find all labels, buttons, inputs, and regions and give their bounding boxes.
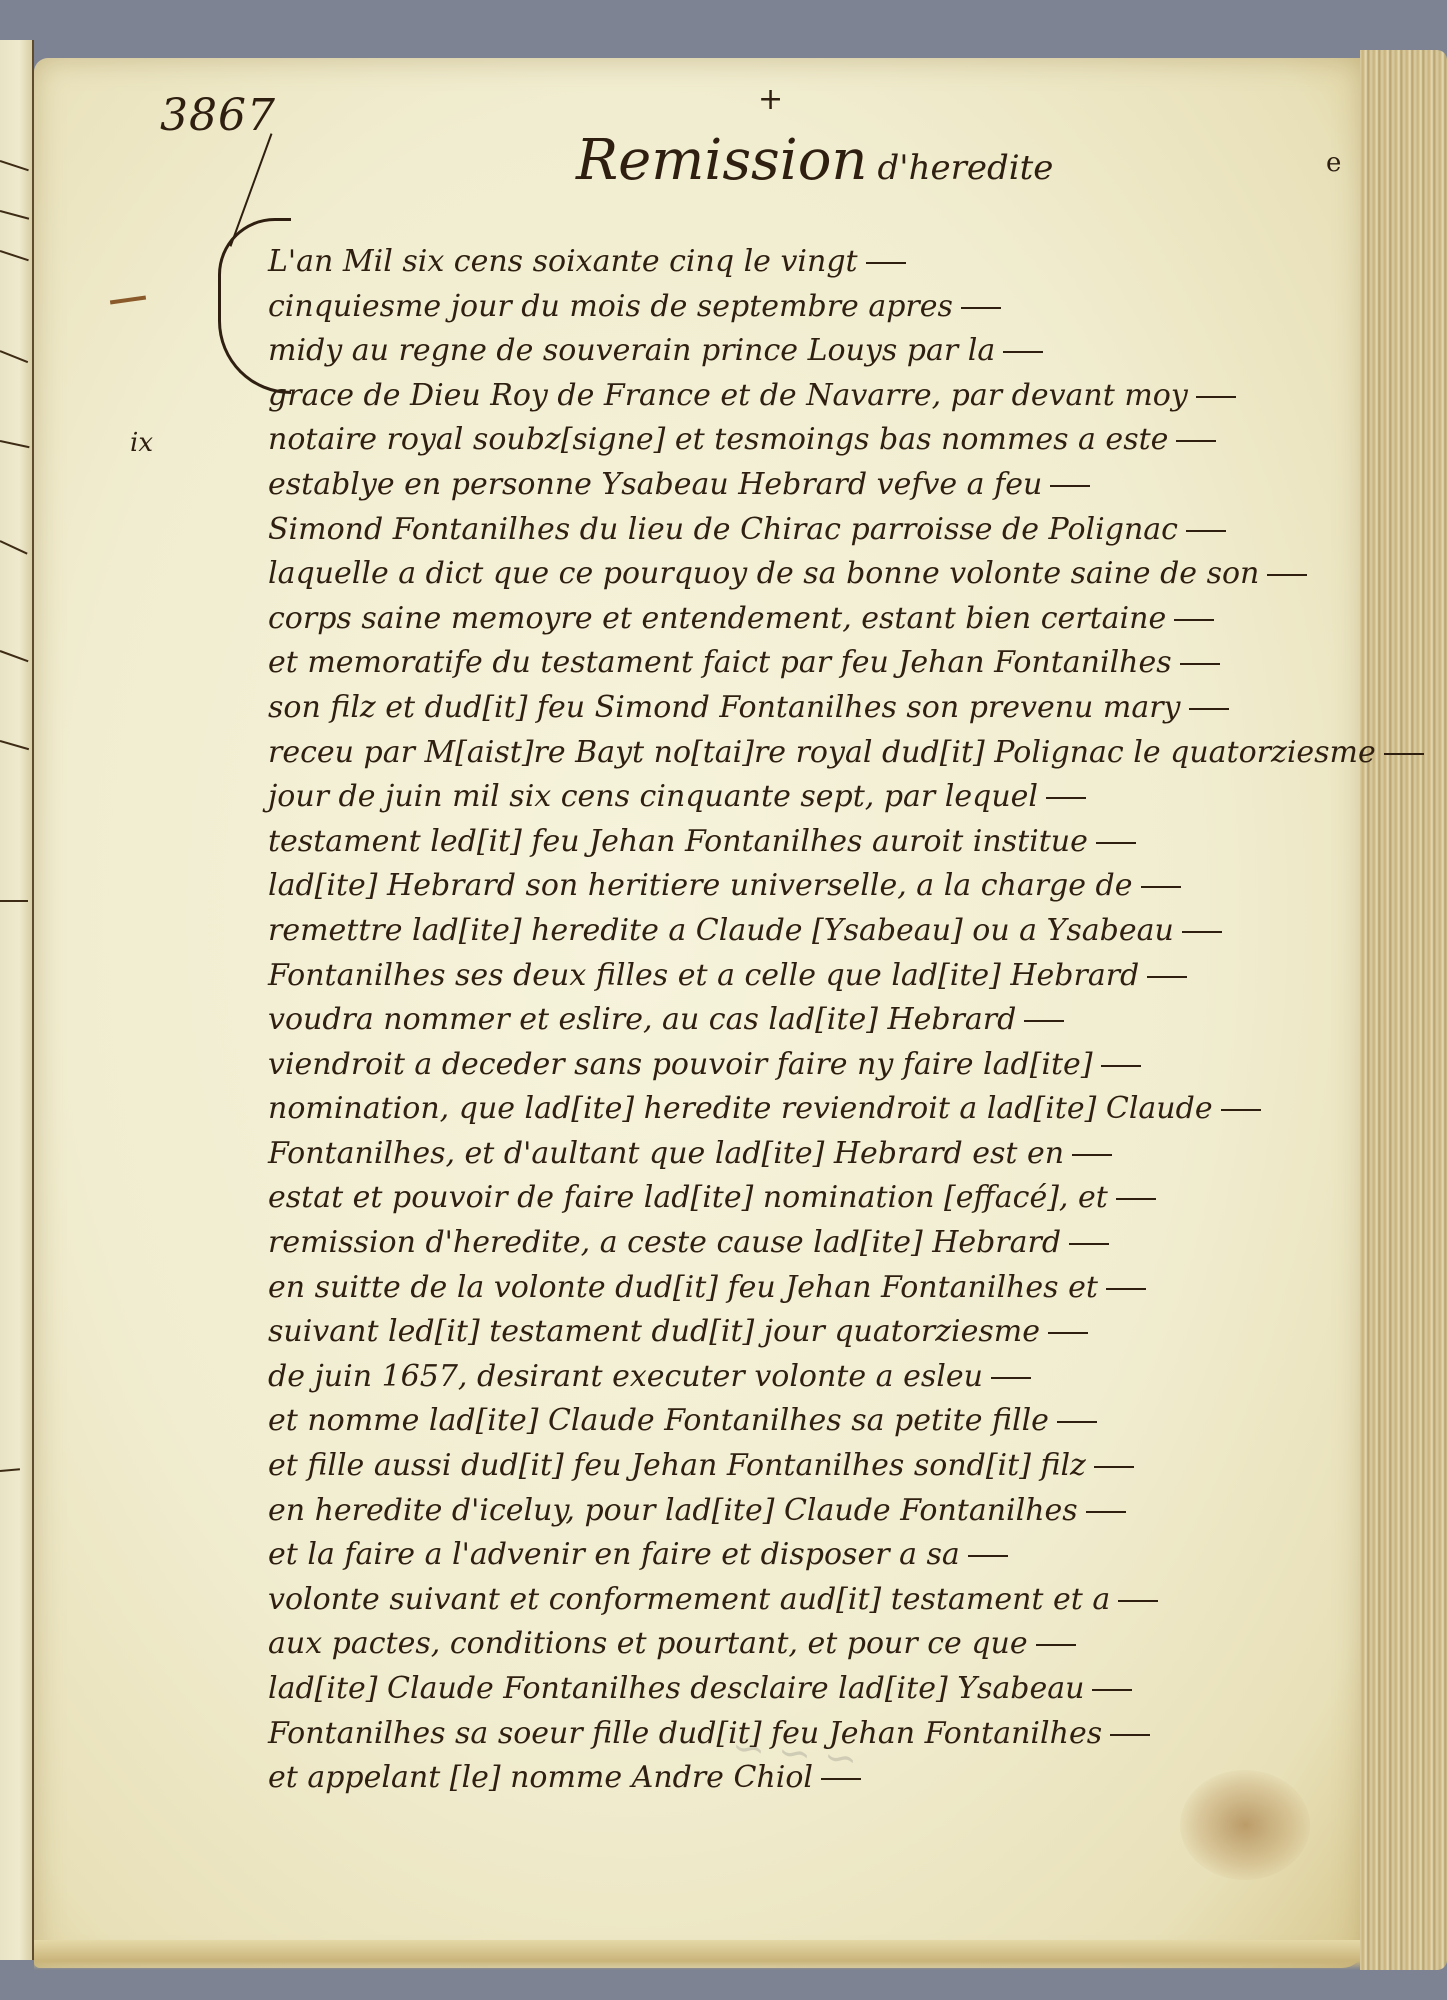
text-line: lad[ite] Hebrard son heritiere universel… [268,864,1328,909]
margin-note: ix [130,428,153,458]
text-line: laquelle a dict que ce pourquoy de sa bo… [268,552,1328,597]
stacked-page-edges [1360,50,1447,1970]
prev-page-stroke [0,1468,20,1472]
text-line: cinquiesme jour du mois de septembre apr… [268,285,1328,330]
text-line: et nomme lad[ite] Claude Fontanilhes sa … [268,1399,1328,1444]
manuscript-body: L'an Mil six cens soixante cinq le vingt… [268,240,1328,1801]
text-line: establye en personne Ysabeau Hebrard vef… [268,463,1328,508]
text-line: grace de Dieu Roy de France et de Navarr… [268,374,1328,419]
corner-mark: e [1326,148,1341,178]
prev-page-stroke [0,210,29,220]
text-line: Fontanilhes sa soeur fille dud[it] feu J… [268,1712,1328,1757]
text-line: et fille aussi dud[it] feu Jehan Fontani… [268,1444,1328,1489]
text-line: Fontanilhes, et d'aultant que lad[ite] H… [268,1132,1328,1177]
text-line: aux pactes, conditions et pourtant, et p… [268,1622,1328,1667]
text-line: L'an Mil six cens soixante cinq le vingt [268,240,1328,285]
scanned-manuscript: ~ ~ ~ 3867 + Remissiond'heredite e ix L'… [0,0,1447,2000]
text-line: jour de juin mil six cens cinquante sept… [268,775,1328,820]
prev-page-stroke [0,650,29,662]
title-text: Remission [576,128,867,193]
text-line: son filz et dud[it] feu Simond Fontanilh… [268,686,1328,731]
text-line: nomination, que lad[ite] heredite revien… [268,1087,1328,1132]
text-line: Fontanilhes ses deux filles et a celle q… [268,954,1328,999]
text-line: notaire royal soubz[signe] et tesmoings … [268,418,1328,463]
prev-page-stroke [0,900,28,902]
page-bottom-edge [34,1940,1364,1970]
text-line: midy au regne de souverain prince Louys … [268,329,1328,374]
text-line: et memoratife du testament faict par feu… [268,641,1328,686]
text-line: lad[ite] Claude Fontanilhes desclaire la… [268,1667,1328,1712]
prev-page-stroke [0,740,29,750]
text-line: volonte suivant et conformement aud[it] … [268,1578,1328,1623]
page-title: Remissiond'heredite [576,128,1053,193]
text-line: receu par M[aist]re Bayt no[tai]re royal… [268,731,1328,776]
text-line: voudra nommer et eslire, au cas lad[ite]… [268,998,1328,1043]
folio-number: 3867 [160,90,276,141]
cross-mark: + [758,82,783,117]
title-suffix: d'heredite [877,148,1053,188]
text-line: en suitte de la volonte dud[it] feu Jeha… [268,1266,1328,1311]
text-line: estat et pouvoir de faire lad[ite] nomin… [268,1176,1328,1221]
text-line: remettre lad[ite] heredite a Claude [Ysa… [268,909,1328,954]
text-line: suivant led[it] testament dud[it] jour q… [268,1310,1328,1355]
prev-page-stroke [0,160,29,171]
prev-page-stroke [0,440,30,448]
previous-page-edge [0,40,34,1960]
prev-page-stroke [0,540,28,554]
text-line: remission d'heredite, a ceste cause lad[… [268,1221,1328,1266]
prev-page-stroke [0,250,29,261]
text-line: en heredite d'iceluy, pour lad[ite] Clau… [268,1489,1328,1534]
prev-page-stroke [0,350,28,363]
text-line: de juin 1657, desirant executer volonte … [268,1355,1328,1400]
text-line: et appelant [le] nomme Andre Chiol [268,1756,1328,1801]
text-line: testament led[it] feu Jehan Fontanilhes … [268,820,1328,865]
text-line: et la faire a l'advenir en faire et disp… [268,1533,1328,1578]
text-line: viendroit a deceder sans pouvoir faire n… [268,1043,1328,1088]
text-line: Simond Fontanilhes du lieu de Chirac par… [268,508,1328,553]
text-line: corps saine memoyre et entendement, esta… [268,597,1328,642]
